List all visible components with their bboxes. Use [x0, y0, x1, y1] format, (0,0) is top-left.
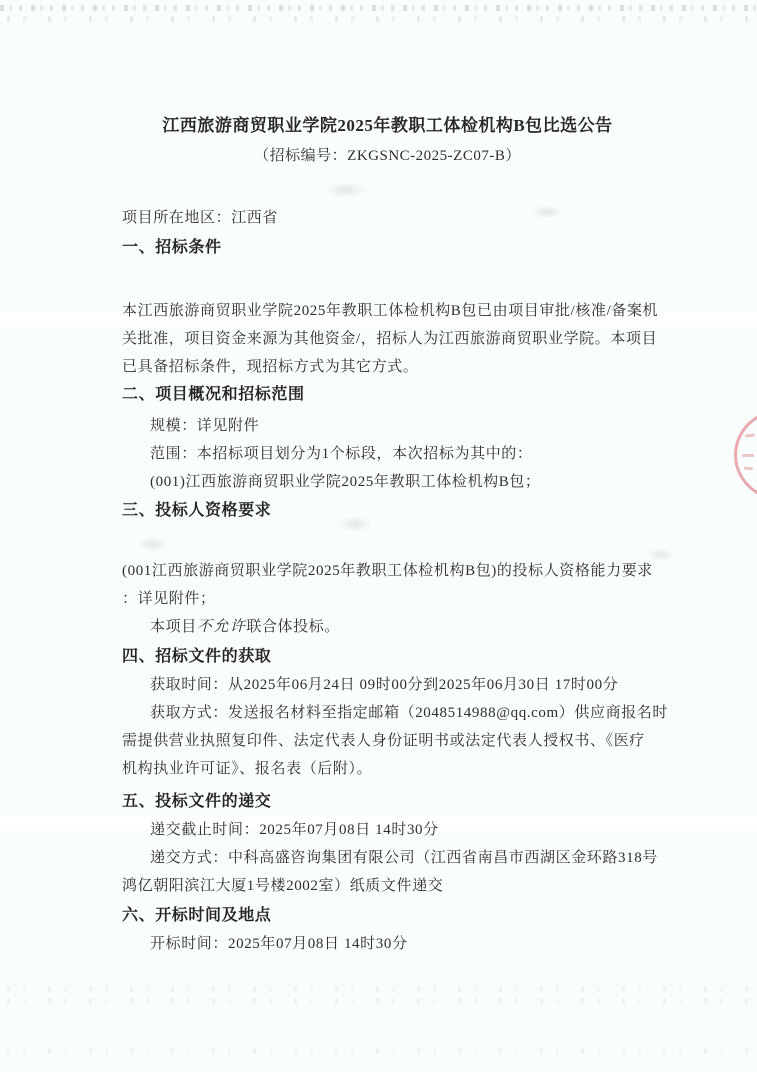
section-3-joint-venture-line: 本项目不允许联合体投标。 — [122, 613, 653, 641]
section-1-line: 本江西旅游商贸职业学院2025年教职工体检机构B包已由项目审批/核准/备案机 — [122, 297, 653, 325]
section-6-line: 开标时间：2025年07月08日 14时30分 — [122, 930, 653, 958]
section-4-line: 获取方式：发送报名材料至指定邮箱（2048514988@qq.com）供应商报名… — [122, 699, 653, 727]
section-5-line: 递交截止时间：2025年07月08日 14时30分 — [122, 816, 653, 844]
section-2-line: 规模：详见附件 — [122, 412, 653, 440]
section-3-line: (001江西旅游商贸职业学院2025年教职工体检机构B包)的投标人资格能力要求 — [122, 557, 653, 585]
scan-noise-bottom-edge — [0, 1048, 757, 1054]
document-body: 江西旅游商贸职业学院2025年教职工体检机构B包比选公告 （招标编号：ZKGSN… — [0, 112, 757, 958]
section-5-line: 鸿亿朝阳滨江大厦1号楼2002室）纸质文件递交 — [122, 872, 653, 900]
tender-number: （招标编号：ZKGSNC-2025-ZC07-B） — [122, 142, 653, 170]
scan-noise-row — [0, 16, 757, 22]
project-region-line: 项目所在地区：江西省 — [122, 204, 653, 232]
section-5-heading: 五、投标文件的递交 — [122, 788, 653, 816]
joint-venture-post: 联合体投标。 — [246, 619, 340, 635]
scan-noise-row — [0, 986, 757, 992]
scan-noise-bottom — [0, 986, 757, 1010]
scanned-document-page: 江西旅游商贸职业学院2025年教职工体检机构B包比选公告 （招标编号：ZKGSN… — [0, 0, 757, 1072]
section-2-line: 范围：本招标项目划分为1个标段，本次招标为其中的： — [122, 440, 653, 468]
section-2-heading: 二、项目概况和招标范围 — [122, 381, 653, 409]
section-6-heading: 六、开标时间及地点 — [122, 902, 653, 930]
section-3-line: ：详见附件； — [122, 585, 653, 613]
scan-noise-row — [0, 5, 757, 11]
joint-venture-not-allowed: 不允许 — [197, 619, 247, 635]
section-4-line: 获取时间：从2025年06月24日 09时00分到2025年06月30日 17时… — [122, 671, 653, 699]
scan-noise-top — [0, 5, 757, 27]
joint-venture-pre: 本项目 — [150, 619, 197, 635]
section-4-line: 机构执业许可证》、报名表（后附）。 — [122, 755, 653, 783]
section-1-line: 关批准，项目资金来源为其他资金/，招标人为江西旅游商贸职业学院。本项目 — [122, 325, 653, 353]
section-1-line: 已具备招标条件，现招标方式为其它方式。 — [122, 353, 653, 381]
scan-noise-row — [0, 1048, 757, 1054]
section-2-line: (001)江西旅游商贸职业学院2025年教职工体检机构B包； — [122, 468, 653, 496]
section-1-heading: 一、招标条件 — [122, 234, 653, 262]
section-4-line: 需提供营业执照复印件、法定代表人身份证明书或法定代表人授权书、《医疗 — [122, 727, 653, 755]
section-5-line: 递交方式：中科高盛咨询集团有限公司（江西省南昌市西湖区金环路318号 — [122, 844, 653, 872]
section-3-heading: 三、投标人资格要求 — [122, 497, 653, 525]
scan-noise-row — [0, 998, 757, 1004]
document-title: 江西旅游商贸职业学院2025年教职工体检机构B包比选公告 — [122, 112, 653, 140]
section-4-heading: 四、招标文件的获取 — [122, 643, 653, 671]
